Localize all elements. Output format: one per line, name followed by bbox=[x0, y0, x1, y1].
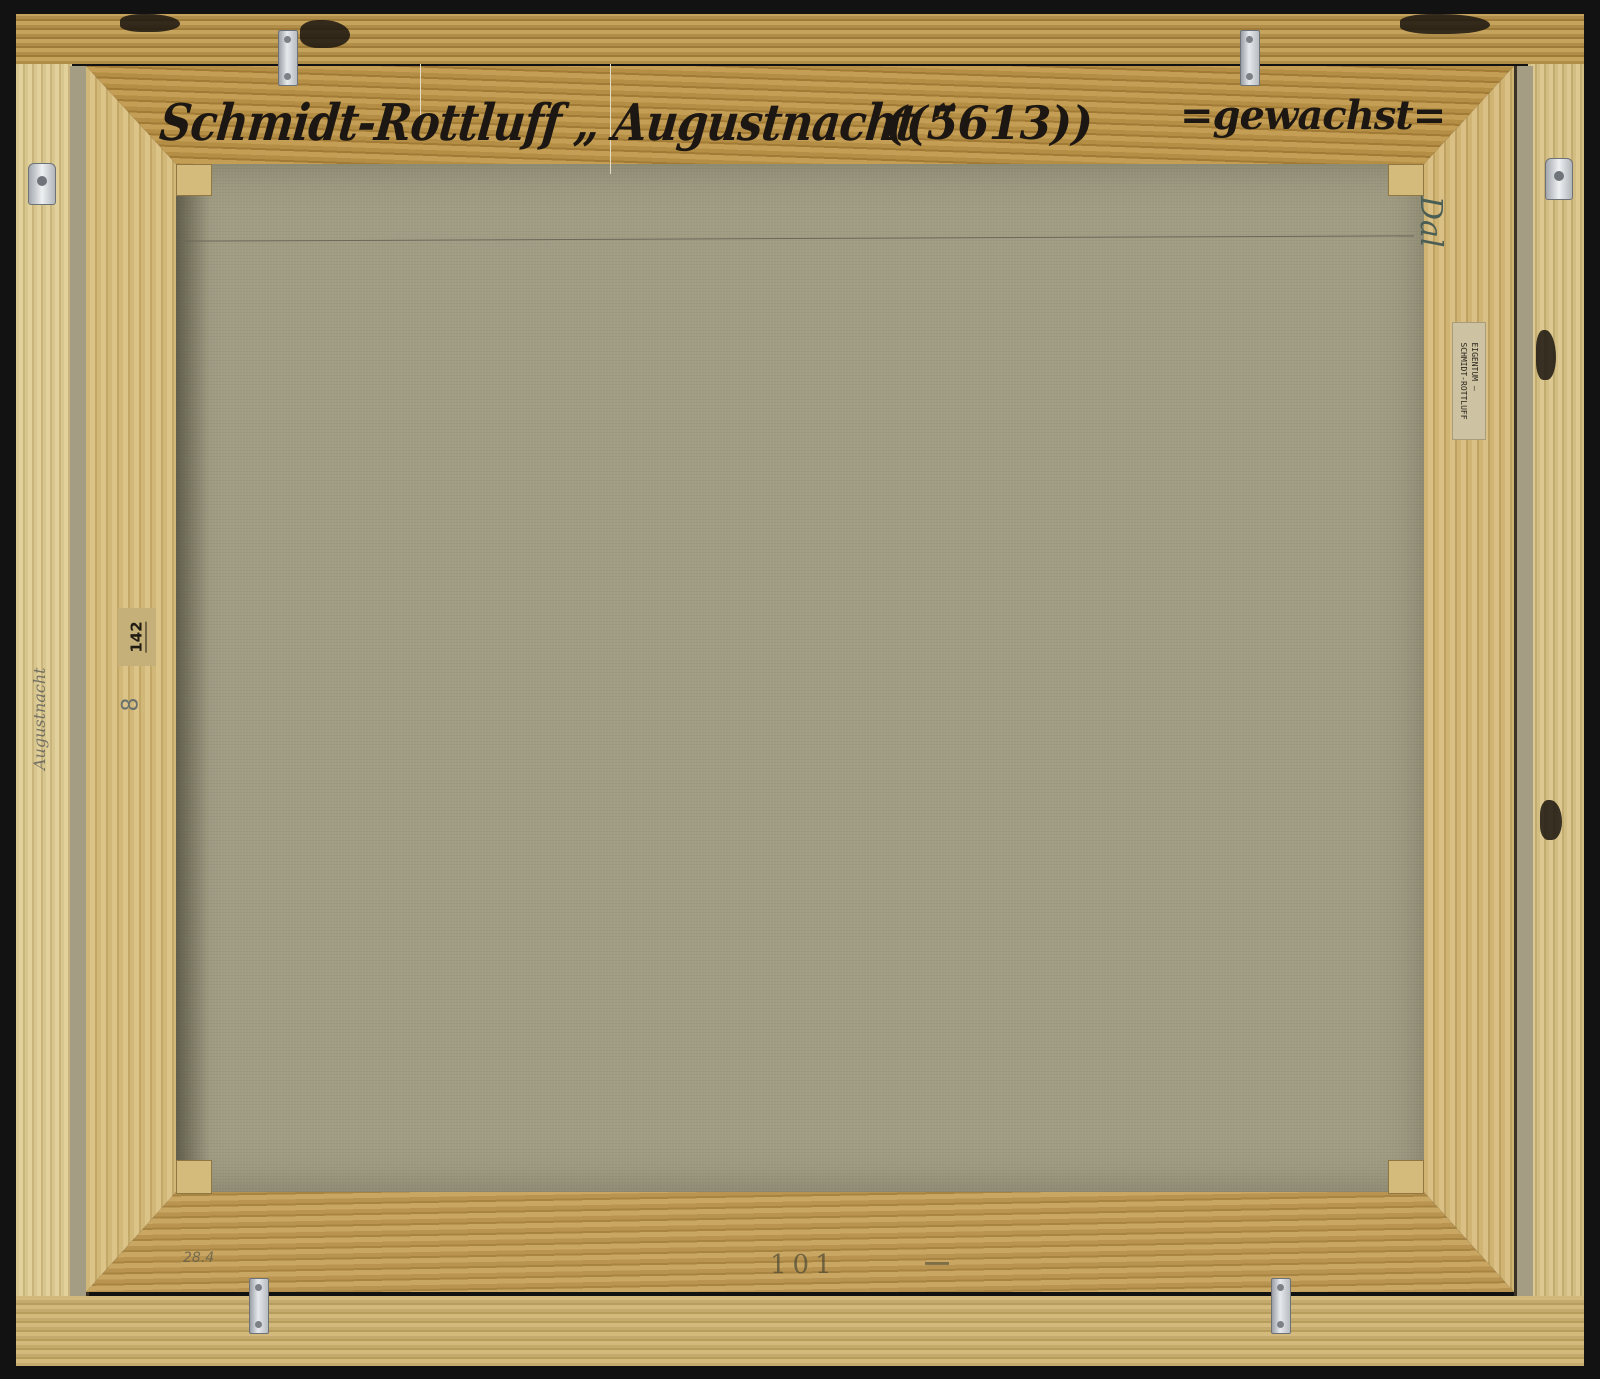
mounting-plate-icon bbox=[249, 1278, 269, 1334]
wall-hanger-icon bbox=[28, 163, 56, 205]
bottom-stamp: 101 bbox=[770, 1250, 838, 1280]
paint-stain bbox=[1540, 800, 1562, 840]
frame-top-bar bbox=[16, 14, 1584, 64]
paint-stain bbox=[1400, 14, 1490, 34]
canvas-back bbox=[176, 164, 1424, 1192]
wall-hanger-icon bbox=[1545, 158, 1573, 200]
corner-key-bottom-left bbox=[176, 1160, 212, 1194]
stretcher-right-bar bbox=[1424, 66, 1514, 1292]
paint-stain bbox=[120, 14, 180, 32]
catalogue-number-inscription: ((5613)) bbox=[885, 96, 1092, 150]
mounting-plate-icon bbox=[278, 30, 298, 86]
mounting-plate-icon bbox=[1271, 1278, 1291, 1334]
ownership-label-line1: EIGENTUM — bbox=[1469, 342, 1480, 419]
corner-key-top-right bbox=[1388, 164, 1424, 196]
artist-title-inscription: Schmidt-Rottluff „ Augustnacht “ bbox=[157, 94, 958, 153]
ownership-label-line2: SCHMIDT-ROTTLUFF bbox=[1458, 342, 1469, 419]
waxed-note-inscription: =gewachst= bbox=[1180, 92, 1445, 139]
pencil-number: 8 bbox=[119, 698, 144, 712]
paint-stain bbox=[1536, 330, 1556, 380]
corner-key-top-left bbox=[176, 164, 212, 196]
stretcher-left-bar bbox=[86, 66, 176, 1292]
mounting-plate-icon bbox=[1240, 30, 1260, 86]
bottom-small-stamp: ▬▬▬▬ bbox=[925, 1258, 949, 1269]
canvas-shadow bbox=[176, 164, 210, 1192]
bottom-left-pencil-note: 28.4 bbox=[183, 1250, 214, 1266]
side-pencil-inscription: Augustnacht bbox=[30, 667, 49, 770]
ownership-label: EIGENTUM — SCHMIDT-ROTTLUFF bbox=[1452, 322, 1486, 440]
frame-right-bar bbox=[1528, 14, 1584, 1366]
pencil-signature: Dal bbox=[1413, 196, 1448, 248]
paint-stain bbox=[300, 20, 350, 48]
canvas-tacking-edge-right bbox=[1514, 66, 1533, 1296]
ownership-label-text: EIGENTUM — SCHMIDT-ROTTLUFF bbox=[1458, 342, 1480, 419]
inventory-label: 142 bbox=[118, 608, 156, 666]
corner-key-bottom-right bbox=[1388, 1160, 1424, 1194]
inventory-label-number: 142 bbox=[128, 621, 147, 652]
